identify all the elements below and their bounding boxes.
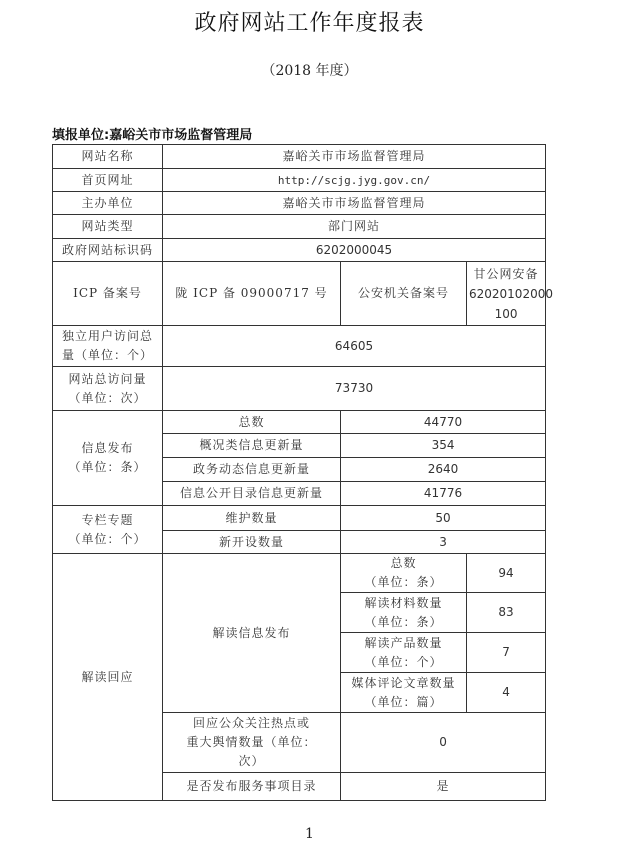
- label-interp-row-1: 解读产品数量: [343, 634, 464, 653]
- label-interp-row-1: 总数: [343, 554, 464, 573]
- label-response-1: 回应公众关注热点或: [165, 714, 338, 733]
- label-service-catalog: 是否发布服务事项目录: [163, 773, 341, 801]
- row-unique-visitors: 独立用户访问总 量（单位：个） 64605: [53, 326, 546, 367]
- value-columns-row: 3: [341, 531, 546, 554]
- value-site-type: 部门网站: [163, 215, 546, 239]
- page-number: 1: [0, 826, 619, 842]
- value-police-record-3: 100: [469, 304, 543, 324]
- label-response-3: 次）: [165, 752, 338, 771]
- label-interp-row-2: （单位：个）: [343, 653, 464, 672]
- value-service-catalog: 是: [341, 773, 546, 801]
- label-host-unit: 主办单位: [53, 192, 163, 215]
- row-total-visits: 网站总访问量 （单位：次） 73730: [53, 367, 546, 411]
- label-icp: ICP 备案号: [53, 262, 163, 326]
- row-site-type: 网站类型 部门网站: [53, 215, 546, 239]
- row-icp: ICP 备案号 陇 ICP 备 09000717 号 公安机关备案号 甘公网安备…: [53, 262, 546, 326]
- label-info-row: 概况类信息更新量: [163, 434, 341, 458]
- label-columns-row: 新开设数量: [163, 531, 341, 554]
- label-interp-row-1: 解读材料数量: [343, 594, 464, 613]
- label-columns-row: 维护数量: [163, 506, 341, 531]
- label-police-record: 公安机关备案号: [341, 262, 467, 326]
- value-site-id: 6202000045: [163, 239, 546, 262]
- value-columns-row: 50: [341, 506, 546, 531]
- value-host-unit: 嘉峪关市市场监督管理局: [163, 192, 546, 215]
- label-columns-2: （单位：个）: [55, 530, 160, 549]
- label-site-type: 网站类型: [53, 215, 163, 239]
- value-info-row: 354: [341, 434, 546, 458]
- value-total-visits: 73730: [163, 367, 546, 411]
- row-info-total: 信息发布 （单位：条） 总数 44770: [53, 411, 546, 434]
- value-interp-row: 4: [467, 673, 546, 713]
- value-interp-row: 94: [467, 554, 546, 593]
- value-info-row: 2640: [341, 458, 546, 482]
- report-year: （2018 年度）: [0, 60, 619, 80]
- label-site-name: 网站名称: [53, 145, 163, 169]
- label-info-row: 总数: [163, 411, 341, 434]
- label-interp-row-2: （单位：篇）: [343, 693, 464, 712]
- value-interp-row: 7: [467, 633, 546, 673]
- label-interp-row-2: （单位：条）: [343, 613, 464, 632]
- page-title: 政府网站工作年度报表: [0, 6, 619, 37]
- value-police-record-2: 62020102000: [469, 284, 543, 304]
- label-info-row: 政务动态信息更新量: [163, 458, 341, 482]
- row-site-id: 政府网站标识码 6202000045: [53, 239, 546, 262]
- value-site-name: 嘉峪关市市场监督管理局: [163, 145, 546, 169]
- label-site-id: 政府网站标识码: [53, 239, 163, 262]
- value-police-record-1: 甘公网安备: [469, 264, 543, 284]
- label-total-visits-2: （单位：次）: [55, 389, 160, 408]
- label-interp-row-2: （单位：条）: [343, 573, 464, 592]
- filing-unit: 填报单位:嘉峪关市市场监督管理局: [52, 124, 252, 143]
- label-columns-1: 专栏专题: [55, 511, 160, 530]
- label-homepage: 首页网址: [53, 169, 163, 192]
- label-info-publish-1: 信息发布: [55, 439, 160, 458]
- label-unique-visitors-2: 量（单位：个）: [55, 346, 160, 365]
- value-info-row: 44770: [341, 411, 546, 434]
- label-interpretation: 解读回应: [53, 554, 163, 801]
- label-info-row: 信息公开目录信息更新量: [163, 482, 341, 506]
- label-info-publish-2: （单位：条）: [55, 458, 160, 477]
- value-interp-row: 83: [467, 593, 546, 633]
- label-unique-visitors-1: 独立用户访问总: [55, 327, 160, 346]
- row-site-name: 网站名称 嘉峪关市市场监督管理局: [53, 145, 546, 169]
- row-interp-total: 解读回应 解读信息发布 总数 （单位：条） 94: [53, 554, 546, 593]
- row-columns-maintained: 专栏专题 （单位：个） 维护数量 50: [53, 506, 546, 531]
- value-info-row: 41776: [341, 482, 546, 506]
- value-unique-visitors: 64605: [163, 326, 546, 367]
- label-total-visits-1: 网站总访问量: [55, 370, 160, 389]
- row-homepage: 首页网址 http://scjg.jyg.gov.cn/: [53, 169, 546, 192]
- value-homepage: http://scjg.jyg.gov.cn/: [163, 169, 546, 192]
- label-interp-row-1: 媒体评论文章数量: [343, 674, 464, 693]
- row-host-unit: 主办单位 嘉峪关市市场监督管理局: [53, 192, 546, 215]
- report-table: 网站名称 嘉峪关市市场监督管理局 首页网址 http://scjg.jyg.go…: [52, 144, 546, 801]
- label-response-2: 重大舆情数量（单位：: [165, 733, 338, 752]
- value-response: 0: [341, 713, 546, 773]
- label-interpretation-publish: 解读信息发布: [163, 554, 341, 713]
- value-icp: 陇 ICP 备 09000717 号: [163, 262, 341, 326]
